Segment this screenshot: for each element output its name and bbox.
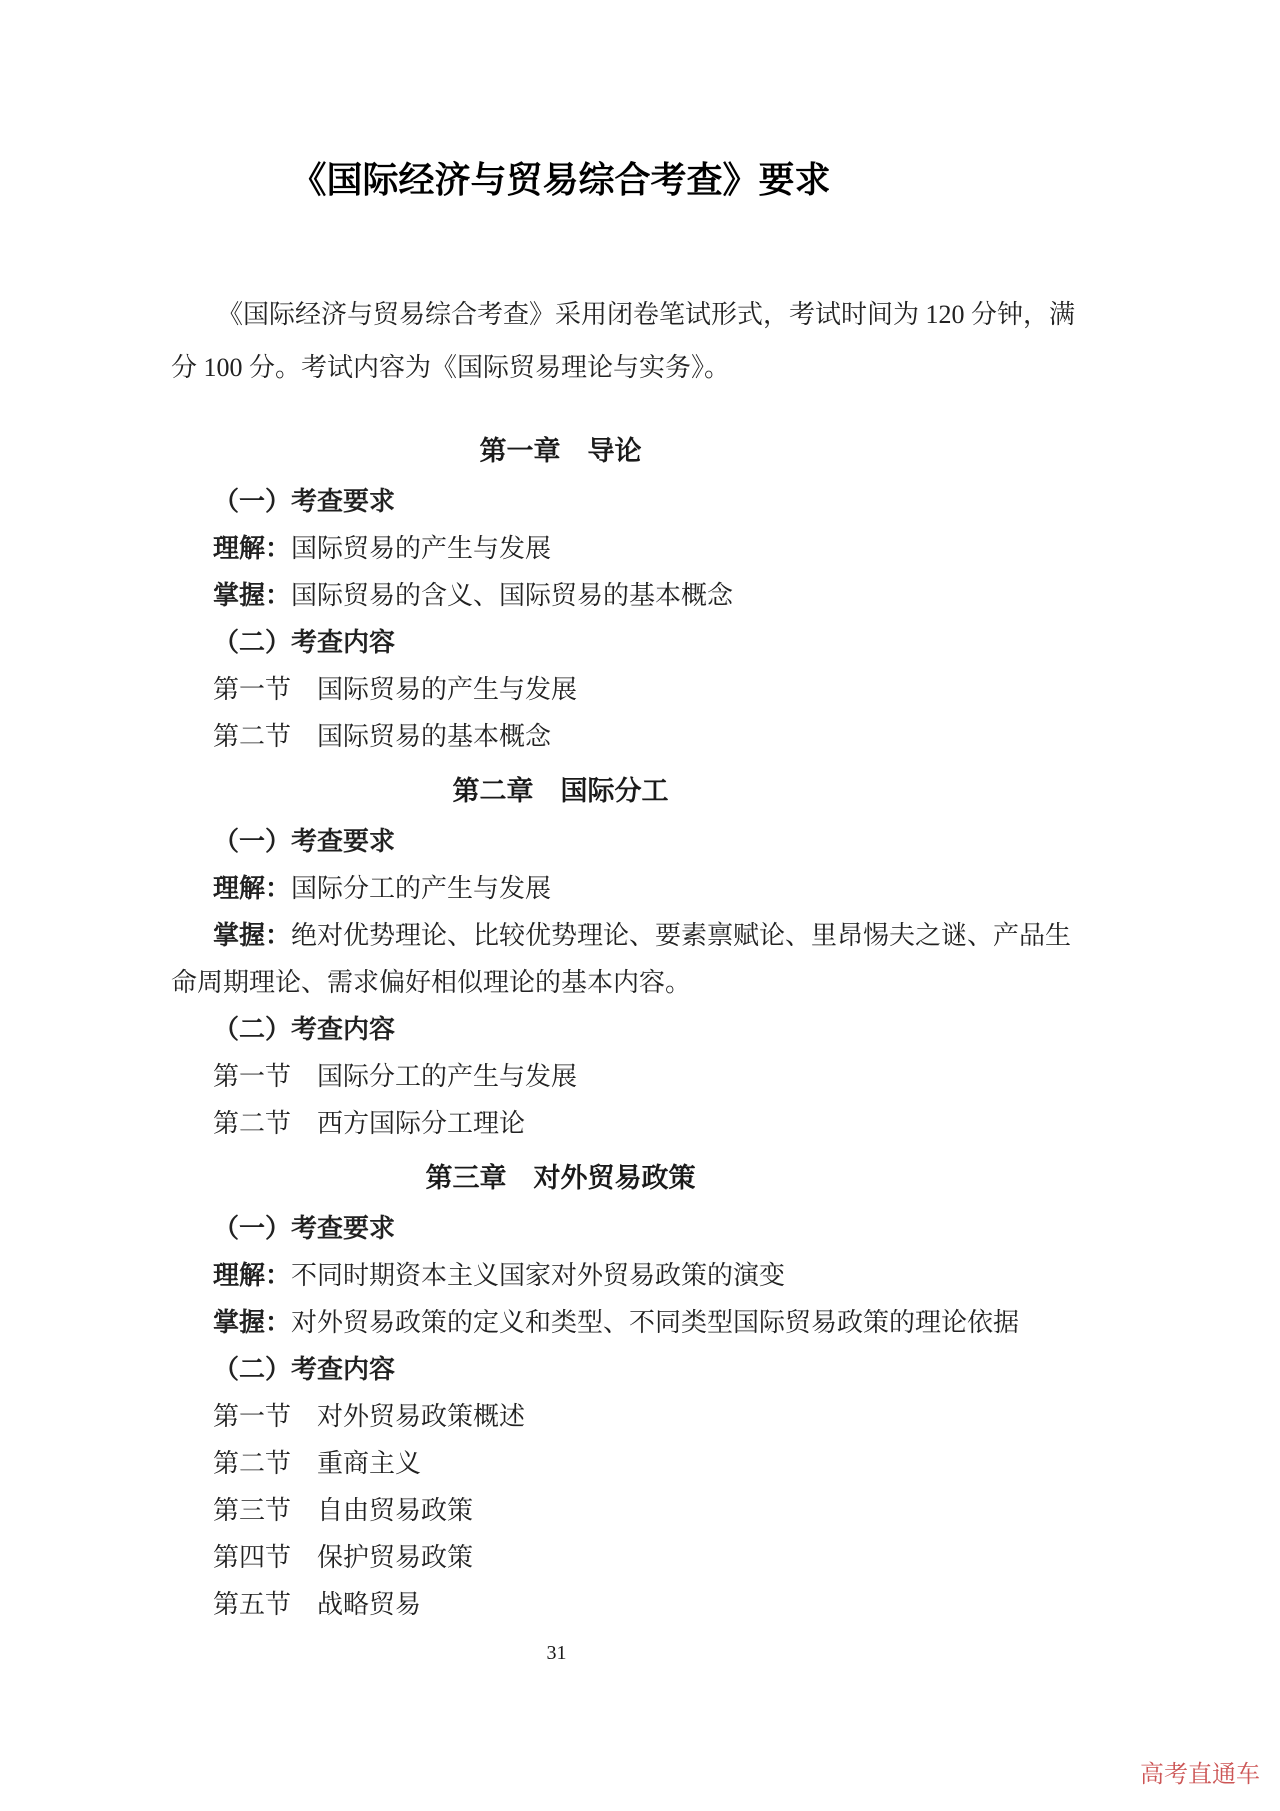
intro-paragraph-line-1: 《国际经济与贸易综合考查》采用闭卷笔试形式，考试时间为 120 分钟，满 xyxy=(171,288,1110,341)
document-content: 《国际经济与贸易综合考查》要求 《国际经济与贸易综合考查》采用闭卷笔试形式，考试… xyxy=(0,0,1280,1666)
chapter-3-understand-item: 理解：不同时期资本主义国家对外贸易政策的演变 xyxy=(171,1252,1110,1299)
master-label: 掌握： xyxy=(213,581,291,610)
intro-paragraph-line-2: 分 100 分。考试内容为《国际贸易理论与实务》。 xyxy=(171,341,1110,394)
chapter-2-heading: 第二章 国际分工 xyxy=(91,764,1030,818)
master-text: 对外贸易政策的定义和类型、不同类型国际贸易政策的理论依据 xyxy=(291,1308,1019,1337)
chapter-3-section-item-2: 第二节 重商主义 xyxy=(171,1440,1110,1487)
chapter-1-requirements-header: （一）考查要求 xyxy=(171,478,1110,525)
chapter-3-content-header: （二）考查内容 xyxy=(171,1346,1110,1393)
chapter-2-understand-item: 理解：国际分工的产生与发展 xyxy=(171,865,1110,912)
chapter-1-understand-item: 理解：国际贸易的产生与发展 xyxy=(171,525,1110,572)
master-label: 掌握： xyxy=(213,921,291,950)
understand-text: 国际贸易的产生与发展 xyxy=(291,534,551,563)
understand-text: 不同时期资本主义国家对外贸易政策的演变 xyxy=(291,1261,785,1290)
chapter-2-master-item: 掌握：绝对优势理论、比较优势理论、要素禀赋论、里昂惕夫之谜、产品生 xyxy=(171,912,1110,959)
chapter-1-section-item-2: 第二节 国际贸易的基本概念 xyxy=(171,713,1110,760)
understand-label: 理解： xyxy=(213,874,291,903)
chapter-1-content-header: （二）考查内容 xyxy=(171,619,1110,666)
chapter-3-heading: 第三章 对外贸易政策 xyxy=(91,1151,1030,1205)
chapter-1-master-item: 掌握：国际贸易的含义、国际贸易的基本概念 xyxy=(171,572,1110,619)
chapter-2-content-header: （二）考查内容 xyxy=(171,1006,1110,1053)
chapter-2-section-item-2: 第二节 西方国际分工理论 xyxy=(171,1100,1110,1147)
chapter-3-section-item-5: 第五节 战略贸易 xyxy=(171,1581,1110,1628)
chapter-1-section-item-1: 第一节 国际贸易的产生与发展 xyxy=(171,666,1110,713)
document-title: 《国际经济与贸易综合考查》要求 xyxy=(91,0,1030,208)
chapter-1-heading: 第一章 导论 xyxy=(91,424,1030,478)
chapter-3-section-item-4: 第四节 保护贸易政策 xyxy=(171,1534,1110,1581)
chapter-2-section-item-1: 第一节 国际分工的产生与发展 xyxy=(171,1053,1110,1100)
chapter-3-master-item: 掌握：对外贸易政策的定义和类型、不同类型国际贸易政策的理论依据 xyxy=(171,1299,1110,1346)
master-text: 绝对优势理论、比较优势理论、要素禀赋论、里昂惕夫之谜、产品生 xyxy=(291,921,1071,950)
page-number: 31 xyxy=(87,1640,1026,1666)
understand-text: 国际分工的产生与发展 xyxy=(291,874,551,903)
understand-label: 理解： xyxy=(213,534,291,563)
chapter-3-requirements-header: （一）考查要求 xyxy=(171,1205,1110,1252)
understand-label: 理解： xyxy=(213,1261,291,1290)
master-label: 掌握： xyxy=(213,1308,291,1337)
chapter-3-section-item-3: 第三节 自由贸易政策 xyxy=(171,1487,1110,1534)
chapter-2-master-item-continuation: 命周期理论、需求偏好相似理论的基本内容。 xyxy=(171,959,1110,1006)
chapter-3-section-item-1: 第一节 对外贸易政策概述 xyxy=(171,1393,1110,1440)
watermark-text: 高考直通车 xyxy=(1140,1761,1260,1789)
master-text: 国际贸易的含义、国际贸易的基本概念 xyxy=(291,581,733,610)
chapter-2-requirements-header: （一）考查要求 xyxy=(171,818,1110,865)
document-page: 《国际经济与贸易综合考查》要求 《国际经济与贸易综合考查》采用闭卷笔试形式，考试… xyxy=(0,0,1280,1811)
